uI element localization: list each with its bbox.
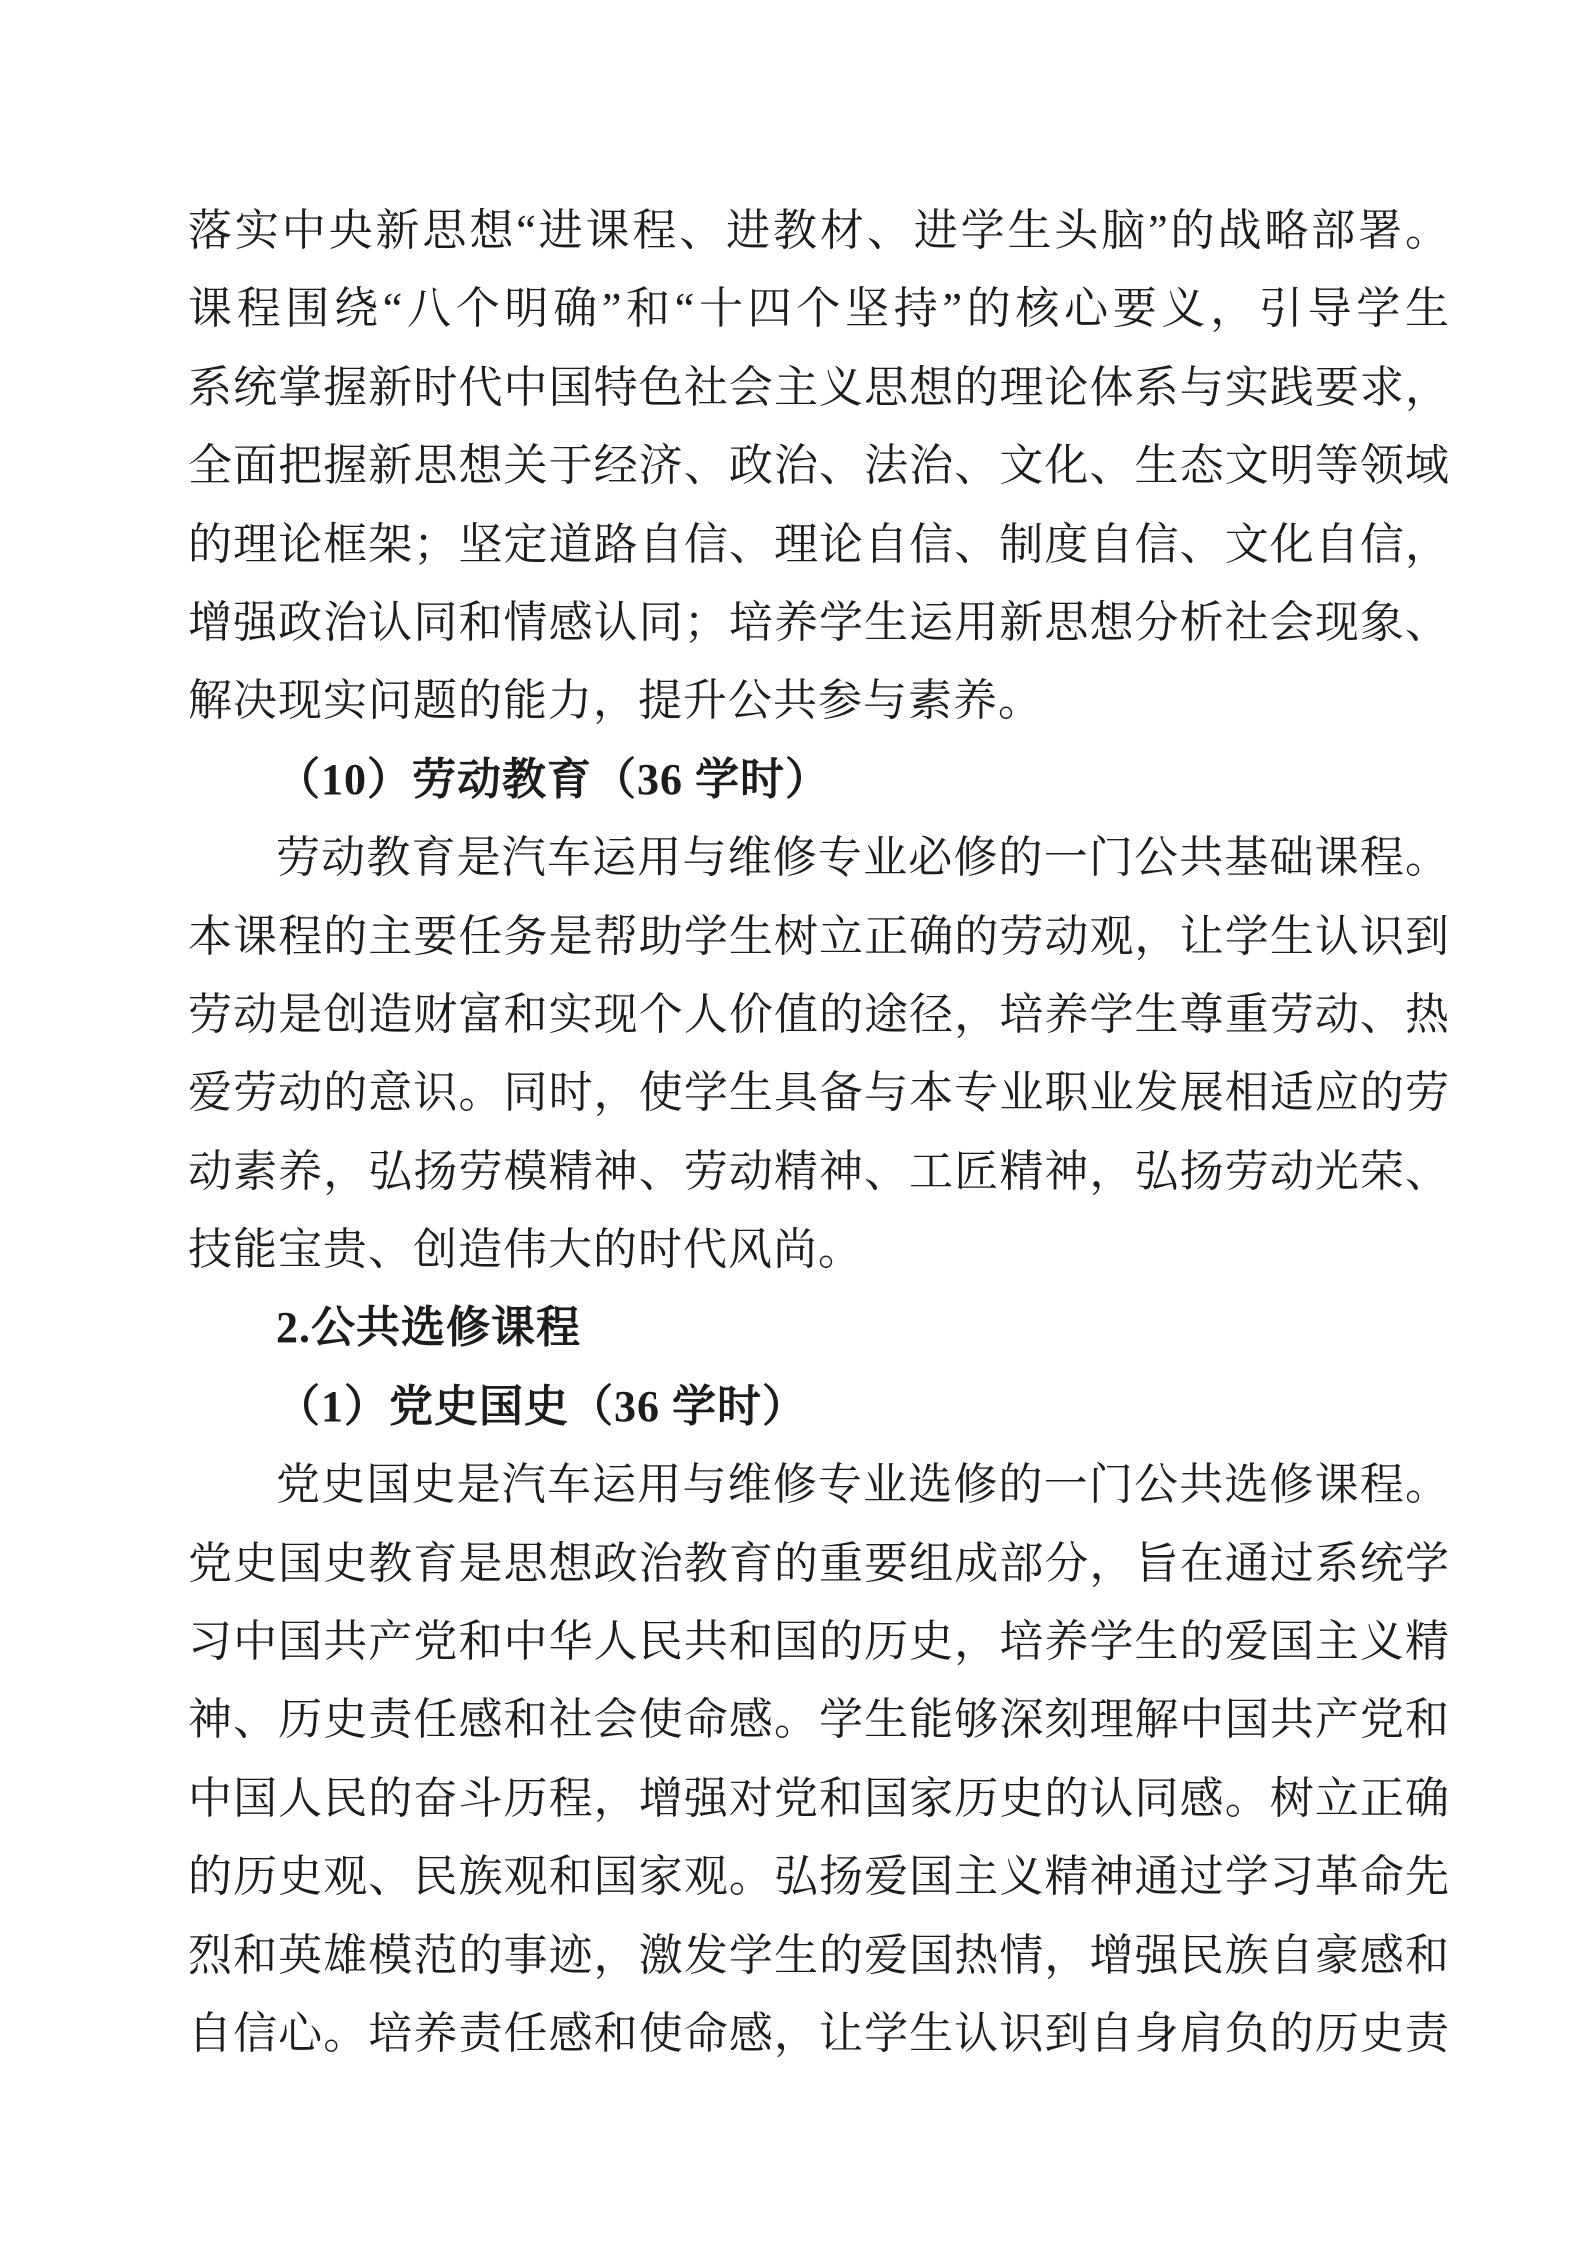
heading-line: 2.公共选修课程 — [188, 1289, 1450, 1367]
text-line: 的理论框架；坚定道路自信、理论自信、制度自信、文化自信， — [188, 506, 1450, 584]
document-page: 落实中央新思想“进课程、进教材、进学生头脑”的战略部署。 课程围绕“八个明确”和… — [0, 0, 1587, 2245]
text-line: 本课程的主要任务是帮助学生树立正确的劳动观，让学生认识到 — [188, 898, 1450, 976]
text-line: 党史国史是汽车运用与维修专业选修的一门公共选修课程。 — [188, 1446, 1450, 1524]
text-line: 的历史观、民族观和国家观。弘扬爱国主义精神通过学习革命先 — [188, 1838, 1450, 1916]
text-line: 劳动教育是汽车运用与维修专业必修的一门公共基础课程。 — [188, 819, 1450, 897]
text-line: 烈和英雄模范的事迹，激发学生的爱国热情，增强民族自豪感和 — [188, 1917, 1450, 1995]
text-line: 劳动是创造财富和实现个人价值的途径，培养学生尊重劳动、热 — [188, 976, 1450, 1054]
text-line: 全面把握新思想关于经济、政治、法治、文化、生态文明等领域 — [188, 427, 1450, 505]
text-line: 系统掌握新时代中国特色社会主义思想的理论体系与实践要求， — [188, 349, 1450, 427]
text-line: 课程围绕“八个明确”和“十四个坚持”的核心要义，引导学生 — [188, 270, 1450, 348]
text-line: 神、历史责任感和社会使命感。学生能够深刻理解中国共产党和 — [188, 1681, 1450, 1759]
text-block: 落实中央新思想“进课程、进教材、进学生头脑”的战略部署。 课程围绕“八个明确”和… — [188, 192, 1450, 2073]
heading-line: （10）劳动教育（36 学时） — [188, 741, 1450, 819]
text-line: 技能宝贵、创造伟大的时代风尚。 — [188, 1211, 1450, 1289]
text-line: 习中国共产党和中华人民共和国的历史，培养学生的爱国主义精 — [188, 1603, 1450, 1681]
text-line: 爱劳动的意识。同时，使学生具备与本专业职业发展相适应的劳 — [188, 1054, 1450, 1132]
text-line: 自信心。培养责任感和使命感，让学生认识到自身肩负的历史责 — [188, 1995, 1450, 2073]
text-line: 动素养，弘扬劳模精神、劳动精神、工匠精神，弘扬劳动光荣、 — [188, 1133, 1450, 1211]
text-line: 党史国史教育是思想政治教育的重要组成部分，旨在通过系统学 — [188, 1525, 1450, 1603]
text-line: 中国人民的奋斗历程，增强对党和国家历史的认同感。树立正确 — [188, 1760, 1450, 1838]
heading-line: （1）党史国史（36 学时） — [188, 1368, 1450, 1446]
text-line: 落实中央新思想“进课程、进教材、进学生头脑”的战略部署。 — [188, 192, 1450, 270]
text-line: 增强政治认同和情感认同；培养学生运用新思想分析社会现象、 — [188, 584, 1450, 662]
text-line: 解决现实问题的能力，提升公共参与素养。 — [188, 662, 1450, 740]
